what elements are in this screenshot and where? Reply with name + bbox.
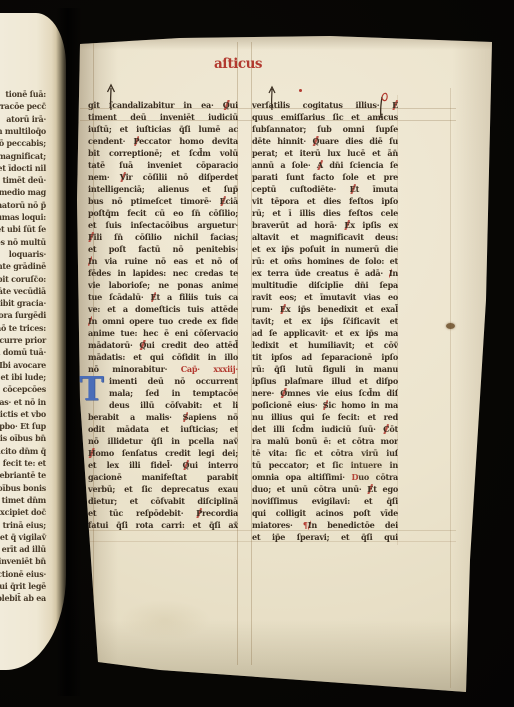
text-segment: apiens nō <box>188 412 238 422</box>
text-segment: ve: et a domeſticis tuis attēde <box>88 304 238 314</box>
text-segment: ui timet dn̄m <box>0 495 46 505</box>
text-line: miatores· ¶In benedictōe dei <box>252 519 398 531</box>
facing-text-line: delictis et vbo <box>0 408 46 420</box>
text-segment: In multiloq̄o <box>0 126 46 136</box>
text-segment: iuſtū; et iuſticias q̄ſi lumē ac <box>88 124 238 134</box>
text-line: ſubſannator; ſub omni ſupſe <box>252 123 398 135</box>
text-segment: nes nō multū <box>0 237 46 247</box>
text-segment: n omni opere tuo crede ex fide <box>92 316 238 326</box>
text-segment: H <box>88 448 95 458</box>
text-segment: gacionē manifeſtat parabit <box>88 472 238 482</box>
text-segment: dn̄i ſciencia ſe <box>323 160 398 170</box>
text-segment: annū a ſole· <box>252 160 317 170</box>
text-segment: ili ſn̄ cōſilio nichil facias; <box>94 232 239 242</box>
facing-text-line: tuas· et nō in <box>0 396 46 408</box>
text-line: poſicionē eius· Sic homo in ma <box>252 399 398 411</box>
text-line: vie laborioſe; ne ponas anime <box>88 279 238 291</box>
text-line: ceptū cuſtodiēte· Et īmuta <box>252 183 398 195</box>
text-segment: dictionē eius· <box>0 569 46 579</box>
chapter-initial: T <box>76 371 107 407</box>
facing-text-line: inebriantē te <box>0 469 46 481</box>
text-segment: ſubſannator; ſub omni ſupſe <box>252 124 398 134</box>
text-line: noviſſimus evigilavi: et q̄ſi <box>252 495 398 507</box>
text-line: dietur; et cōſvabit diſciplinā <box>88 495 238 507</box>
facing-text-line: trinā eius; <box>3 519 46 531</box>
text-segment: ſupbo· Et ſup <box>0 421 46 431</box>
text-segment: t īmuta <box>356 184 398 194</box>
text-segment: S <box>323 400 329 410</box>
text-segment: et āte vecūdiā <box>0 286 46 296</box>
text-segment: ui interro <box>189 460 238 470</box>
rubric-text: Cap̄· xxxiij· <box>181 364 238 374</box>
text-line: rū; et ī illis dies feſtos cele <box>252 207 398 219</box>
ruling-line-vertical <box>450 88 451 688</box>
text-segment: trinā eius; <box>3 520 46 530</box>
facing-text-line: nō peccabis; <box>0 137 46 149</box>
text-segment: excipiet doc̄ <box>0 507 46 517</box>
text-line: fēdes in lapides: nec credas te <box>88 267 238 279</box>
text-line: qui colligit acinos poſt vīde <box>252 507 398 519</box>
text-line: imenti deū nō occurrent <box>88 375 238 387</box>
text-segment: P <box>196 508 202 518</box>
text-segment: anime tue: hec ē eni cōſervacio <box>88 328 238 338</box>
text-line: timent deū inveniēt iudiciū <box>88 111 238 123</box>
text-line: tue ſcādalū· Et a filiis tuis ca <box>88 291 238 303</box>
top-edge-shading <box>77 36 492 50</box>
text-line: ad ſe applicavit· et ex ip̄s ma <box>252 327 398 339</box>
pen-flourish-icon <box>266 84 278 110</box>
text-segment: vie laborioſe; ne ponas anime <box>88 280 238 290</box>
text-segment: tue ſcādalū· <box>88 292 151 302</box>
text-segment: in domū tuā· <box>0 347 46 357</box>
text-line: berabit a malis· Sapiens nō <box>88 411 238 423</box>
text-segment: I <box>308 520 312 530</box>
facing-text-line: nō te trices: <box>0 322 46 334</box>
text-segment: Ibi avocare <box>0 360 46 370</box>
text-segment: ciā <box>226 196 239 206</box>
text-segment: tatē ſuā inveniet cōparacio <box>88 160 238 170</box>
text-segment: berabit a malis· <box>88 412 183 422</box>
text-line: nem· Vir cōſilii nō diſperdet <box>88 171 238 183</box>
text-segment: recordia <box>202 508 238 518</box>
text-segment: ceptū cuſtodiēte· <box>252 184 350 194</box>
text-segment: hiis oībus bn̄ <box>0 433 46 443</box>
text-line: dēte hinnit· Quare dies diē ſu <box>252 135 398 147</box>
text-segment: rum· <box>252 304 280 314</box>
text-segment: Q <box>183 460 190 470</box>
text-segment: qui colligit acinos poſt vīde <box>252 508 398 518</box>
facing-text-line: Ante grādinē <box>0 260 46 272</box>
text-segment: poſicionē eius· <box>252 400 323 410</box>
text-segment: n medio mag <box>0 187 46 197</box>
text-line: cendent· Peccator homo devita <box>88 135 238 147</box>
text-segment: et ſuis inſectacōibus arguetur· <box>88 220 238 230</box>
text-segment: imenti deū nō occurrent <box>109 376 238 386</box>
text-segment: I <box>88 316 92 326</box>
text-segment: inebriantē te <box>0 470 46 480</box>
text-segment: mnes vie eius ſcd̄m diſ <box>287 388 398 398</box>
facing-text-line: Ibi avocare <box>0 359 46 371</box>
text-segment: nō te trices: <box>0 323 46 333</box>
text-segment: tuas· et nō in <box>0 397 46 407</box>
facing-text-line: inveniēt bn̄ <box>0 555 46 567</box>
text-segment: delictis et vbo <box>0 409 46 419</box>
text-segment: poſtq̄m fecit cū eo ſn̄ cōſilio; <box>88 208 238 218</box>
text-line: vit tēpora et dies feſtos ipſo <box>252 195 398 207</box>
text-line: et ſuis inſectacōibus arguetur· <box>88 219 238 231</box>
text-line: parati ſunt facto ſole et pre <box>252 171 398 183</box>
facing-text-line: et ibi lude; <box>0 371 46 383</box>
text-segment: tionē ſuā: <box>5 89 46 99</box>
text-segment: p̄ibit coruſc̄o: <box>0 274 46 284</box>
text-line: Homo ſenſatus credit legi dei; <box>88 447 238 459</box>
text-segment: vit tēpora et dies feſtos ipſo <box>252 196 398 206</box>
text-column-left: git ſcandalizabitur in ea· Quitiment deū… <box>88 99 238 531</box>
text-segment: n via ruine nō eas et nō of <box>92 256 238 266</box>
text-line: ipſius plaſmare illud et diſpo <box>252 375 398 387</box>
facing-text-line: ſupbo· Et ſup <box>0 420 46 432</box>
text-segment: miatores· <box>252 520 303 530</box>
text-segment: n benedictōe dei <box>311 520 398 530</box>
text-segment: loquaris· <box>9 249 46 259</box>
text-segment: timēt deū· <box>2 175 46 185</box>
text-segment: deus illū cōſvabit: et li <box>109 400 238 410</box>
text-segment: tit ipſos ad ſeparacionē ipſo <box>252 352 398 362</box>
facing-text-line: atorū irā· <box>6 113 46 125</box>
facing-text-line: p̄curre prior <box>0 334 46 346</box>
text-segment: ravit eos; et īmutavit vias eo <box>252 292 398 302</box>
text-line: nere· Omnes vie eius ſcd̄m diſ <box>252 387 398 399</box>
text-line: iuſtū; et iuſticias q̄ſi lumē ac <box>88 123 238 135</box>
facing-text-line: et q̄ vigilav̄ <box>0 531 46 543</box>
text-segment: V <box>120 172 126 182</box>
text-line: poſtq̄m fecit cū eo ſn̄ cōſilio; <box>88 207 238 219</box>
text-segment: omo ſenſatus credit legi dei; <box>95 448 238 458</box>
text-segment: cendent· <box>88 136 134 146</box>
facing-text-line: loquaris· <box>9 248 46 260</box>
facing-text-line: Qui timet dn̄m <box>0 494 46 506</box>
text-line: mādatis: et qui cōfidit in illo <box>88 351 238 363</box>
facing-text-line: replebit̄ ab ea <box>0 592 46 604</box>
text-line: verbū; et ſic deprecatus exau <box>88 483 238 495</box>
text-segment: bus nō ptimeſcet timorē· <box>88 196 220 206</box>
text-segment: S <box>183 412 189 422</box>
text-segment: mala; ſed in temptacōe <box>109 388 238 398</box>
text-segment: ic homo in ma <box>328 400 398 410</box>
text-segment: A <box>317 160 323 170</box>
text-segment: E <box>344 220 350 230</box>
text-segment: Q <box>223 100 230 110</box>
text-segment: mādatorū· <box>88 340 139 350</box>
facing-page-text: tionē ſuā:narracōe pecc̄atorū irā·In mul… <box>0 88 49 610</box>
text-segment: age cōcepcōes <box>0 384 46 394</box>
text-segment: det illi ſcd̄m iudiciū ſuū· <box>252 424 383 434</box>
text-segment: E <box>151 292 157 302</box>
text-line: tit ipſos ad ſeparacionē ipſo <box>252 351 398 363</box>
facing-text-line: timēt deū· <box>2 174 46 186</box>
facing-text-line: narracōe pecc̄ <box>0 100 46 112</box>
text-segment: inveniēt bn̄ <box>0 556 46 566</box>
text-segment: et ubi ſūt ſe <box>0 224 46 234</box>
text-line: rū: et om̄s homines de ſolo: et <box>252 255 398 267</box>
text-line: perat; et iterū lux lucē et ān̄ <box>252 147 398 159</box>
text-line: Fili ſn̄ cōſilio nichil facias; <box>88 231 238 243</box>
text-line: ravit eos; et īmutavit vias eo <box>252 291 398 303</box>
text-line: ledixit et humiliavit; et cōv̄ <box>252 339 398 351</box>
text-line: altavit et magnificavit deus: <box>252 231 398 243</box>
right-edge-shading <box>452 40 492 695</box>
text-line: fatui q̄ſi rota carri: et q̄ſi ax̄ <box>88 519 238 531</box>
vellum-stain <box>330 440 400 490</box>
text-segment: ōt <box>389 424 398 434</box>
pen-flourish-red-icon <box>375 90 389 118</box>
facing-text-line: erīt ad illū <box>2 543 46 555</box>
text-line: bit correptionē; et ſcd̄m volū <box>88 147 238 159</box>
facing-text-line: et ubi ſūt ſe <box>0 223 46 235</box>
text-segment: noviſſimus evigilavi: et q̄ſi <box>252 496 398 506</box>
text-segment: x ip̄s benedixit et exal̄ <box>286 304 398 314</box>
facing-text-line: in domū tuā· <box>0 346 46 358</box>
text-line: ve: et a domeſticis tuis attēde <box>88 303 238 315</box>
facing-text-line: nes nō multū <box>0 236 46 248</box>
facing-text-line: magnificat; <box>0 150 46 162</box>
text-segment: nere· <box>252 388 280 398</box>
facing-text-line: Qui q̄rit legē <box>0 580 46 592</box>
text-segment: et lex illi fidel̄· <box>88 460 183 470</box>
text-segment: rū: q̄ſi lutū figuli in manu <box>252 364 398 374</box>
manuscript-photo: tionē ſuā:narracōe pecc̄atorū irā·In mul… <box>0 0 514 707</box>
text-segment: odit mādata et iuſticias; et <box>88 424 238 434</box>
gutter-shadow <box>56 8 82 696</box>
text-segment: ab oībus bonis <box>0 483 46 493</box>
text-line: nō minorabitur· Cap̄· xxxiij· <box>88 363 238 375</box>
text-line: et lex illi fidel̄· Qui interro <box>88 459 238 471</box>
facing-text-line: Hora ſurgēdi <box>0 309 46 321</box>
text-segment: x ipſis ex <box>350 220 398 230</box>
facing-text-line: In medio mag <box>0 186 46 198</box>
text-segment: E <box>350 184 356 194</box>
text-segment: ledixit et humiliavit; et cōv̄ <box>252 340 398 350</box>
text-line: tavit; et ex ip̄s ſc̄ificavit et <box>252 315 398 327</box>
text-line: intelligenciā; alienus et ſup̄ <box>88 183 238 195</box>
text-segment: altavit et magnificavit deus: <box>252 232 398 242</box>
text-segment: p̄ibit gracia· <box>0 298 46 308</box>
text-line: ex terra ūde creatus ē adā· In <box>252 267 398 279</box>
text-segment: eccator homo devita <box>139 136 238 146</box>
text-line: braverūt ad horā· Ex ipſis ex <box>252 219 398 231</box>
text-segment: et poſt factū nō penitebis· <box>88 244 238 254</box>
text-segment: replebit̄ ab ea <box>0 593 46 603</box>
text-line: odit mādata et iuſticias; et <box>88 423 238 435</box>
facing-text-line: tionē ſuā: <box>5 88 46 100</box>
text-segment: nte grādinē <box>0 261 46 271</box>
text-line: et tūc reſpōdebit· Precordia <box>88 507 238 519</box>
text-segment: et ip̄e ſperavi; et q̄ſi qui <box>252 532 398 542</box>
text-line: bus nō ptimeſcet timorē· Eciā <box>88 195 238 207</box>
facing-text-line: excipiet doc̄ <box>0 506 46 518</box>
facing-text-line: natorū nō p̄ <box>0 199 46 211</box>
text-line: det illi ſcd̄m iudiciū ſuū· Cōt <box>252 423 398 435</box>
facing-text-line: p̄ibit coruſc̄o: <box>0 273 46 285</box>
text-segment: braverūt ad horā· <box>252 220 344 230</box>
text-segment: parati ſunt facto ſole et pre <box>252 172 398 182</box>
text-segment: ipſius plaſmare illud et diſpo <box>252 376 398 386</box>
text-segment: nō illidetur q̄ſi in pcella nav̄ <box>88 436 238 446</box>
text-line: annū a ſole· A dn̄i ſciencia ſe <box>252 159 398 171</box>
text-segment: et q̄ vigilav̄ <box>0 532 46 542</box>
text-segment: perat; et iterū lux lucē et ān̄ <box>252 148 398 158</box>
text-segment: E <box>392 100 398 110</box>
text-segment: Q <box>312 136 319 146</box>
text-segment: verbū; et ſic deprecatus exau <box>88 484 238 494</box>
facing-text-line: ab oībus bonis <box>0 482 46 494</box>
text-segment: C <box>383 424 389 434</box>
text-segment: tavit; et ex ip̄s ſc̄ificavit et <box>252 316 398 326</box>
text-segment: rū: et om̄s homines de ſolo: et <box>252 256 398 266</box>
text-segment: ex terra ūde creatus ē adā· <box>252 268 389 278</box>
text-segment: nō peccabis; <box>0 138 46 148</box>
text-segment: ſumas loqui: <box>0 212 46 222</box>
text-segment: fatui q̄ſi rota carri: et q̄ſi ax̄ <box>88 520 238 530</box>
text-segment: magnificat; <box>0 151 46 161</box>
facing-text-line: age cōcepcōes <box>0 383 46 395</box>
text-segment: atorū irā· <box>6 114 46 124</box>
text-segment: I <box>88 256 92 266</box>
text-segment: bit correptionē; et ſcd̄m volū <box>88 148 238 158</box>
pen-flourish-icon <box>105 82 117 110</box>
text-segment: fēdes in lapides: nec credas te <box>88 268 238 278</box>
text-segment: erīt ad illū <box>2 544 46 554</box>
text-segment: ui credit deo attēd̄ <box>146 340 238 350</box>
text-line: In omni opere tuo crede ex fide <box>88 315 238 327</box>
text-segment: Hora ſurgēdi <box>0 310 46 320</box>
text-segment: ad ſe applicavit· et ex ip̄s ma <box>252 328 398 338</box>
text-line: tatē ſuā inveniet cōparacio <box>88 159 238 171</box>
text-segment: mādatis: et qui cōfidit in illo <box>88 352 238 362</box>
text-line: deus illū cōſvabit: et li <box>88 399 238 411</box>
text-line: mala; ſed in temptacōe <box>88 387 238 399</box>
text-segment: fecit te: et <box>3 458 46 468</box>
text-segment: narracōe pecc̄ <box>0 101 46 111</box>
text-line: rū: q̄ſi lutū figuli in manu <box>252 363 398 375</box>
facing-text-line: dictionē eius· <box>0 568 46 580</box>
text-segment: P <box>134 136 140 146</box>
facing-text-line: dicito dn̄m q̄ <box>0 445 46 457</box>
facing-text-line: ſumas loqui: <box>0 211 46 223</box>
text-segment: et ex ip̄s poſuit in numerū die <box>252 244 398 254</box>
facing-text-line: fecit te: et <box>3 457 46 469</box>
text-segment: p̄curre prior <box>0 335 46 345</box>
text-segment: F <box>88 232 94 242</box>
text-segment: nem· <box>88 172 120 182</box>
facing-text-line: et āte vecūdiā <box>0 285 46 297</box>
text-line: nu illius qui ſe fecit: et red <box>252 411 398 423</box>
text-segment: uare dies diē ſu <box>319 136 398 146</box>
text-line: multitudīe diſciplīe dn̄i ſepa <box>252 279 398 291</box>
text-segment: et tūc reſpōdebit· <box>88 508 196 518</box>
text-segment: n <box>392 268 398 278</box>
text-line: et ex ip̄s poſuit in numerū die <box>252 243 398 255</box>
text-segment: E <box>280 304 286 314</box>
text-segment: dicito dn̄m q̄ <box>0 446 46 456</box>
text-line: mādatorū· Qui credit deo attēd̄ <box>88 339 238 351</box>
facing-text-line: et īdocti nil <box>0 162 46 174</box>
running-title: aſticus <box>202 55 274 73</box>
text-line: In via ruine nō eas et nō of <box>88 255 238 267</box>
text-segment: intelligenciā; alienus et ſup̄ <box>88 184 238 194</box>
text-segment: multitudīe diſciplīe dn̄i ſepa <box>252 280 398 290</box>
text-segment: ir cōſilii nō diſperdet <box>126 172 238 182</box>
text-segment: et īdocti nil <box>0 163 46 173</box>
text-segment: et ibi lude; <box>0 372 46 382</box>
text-segment: nu illius qui ſe fecit: et red <box>252 412 398 422</box>
facing-text-line: hiis oībus bn̄ <box>0 432 46 444</box>
text-segment: natorū nō p̄ <box>0 200 46 210</box>
stain-speck <box>446 323 455 329</box>
text-segment: E <box>220 196 226 206</box>
red-ink-speck <box>299 89 302 92</box>
text-segment: timent deū inveniēt iudiciū <box>88 112 238 122</box>
vellum-stain <box>120 600 210 640</box>
text-segment: Q <box>139 340 146 350</box>
text-line: nō illidetur q̄ſi in pcella nav̄ <box>88 435 238 447</box>
text-line: et poſt factū nō penitebis· <box>88 243 238 255</box>
text-line: rum· Ex ip̄s benedixit et exal̄ <box>252 303 398 315</box>
text-line: anime tue: hec ē eni cōſervacio <box>88 327 238 339</box>
text-line: et ip̄e ſperavi; et q̄ſi qui <box>252 531 398 543</box>
text-segment: dēte hinnit· <box>252 136 312 146</box>
text-segment: t a filiis tuis ca <box>156 292 238 302</box>
text-segment: ui <box>230 100 238 110</box>
facing-text-line: In multiloq̄o <box>0 125 46 137</box>
facing-text-line: p̄ibit gracia· <box>0 297 46 309</box>
text-line: gacionē manifeſtat parabit <box>88 471 238 483</box>
text-segment: Qui q̄rit legē <box>0 581 46 591</box>
text-segment: I <box>389 268 393 278</box>
text-segment: dietur; et cōſvabit diſciplinā <box>88 496 238 506</box>
text-segment: O <box>280 388 287 398</box>
text-segment: rū; et ī illis dies feſtos cele <box>252 208 398 218</box>
